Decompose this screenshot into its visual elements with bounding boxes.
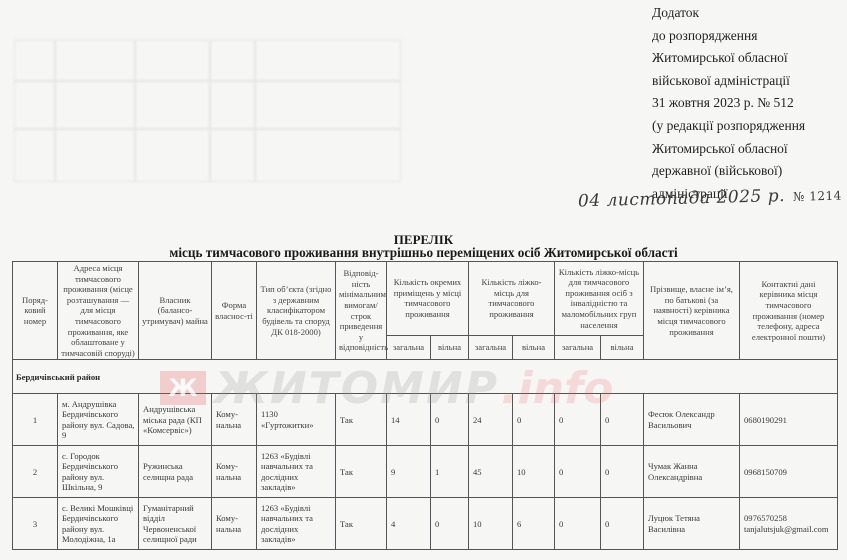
row-number: 3 [13,498,58,550]
appendix-line: військової адміністрації [652,70,847,93]
row-manager: Луцюк Тетяна Василівна [644,498,740,550]
row-contacts: 0680190291 [740,394,838,446]
district-row: Бердичівський район [13,360,838,394]
row-number: 1 [13,394,58,446]
row-beds-free: 10 [513,446,555,498]
row-manager: Чумак Жанна Олександрівна [644,446,740,498]
row-compliance: Так [336,498,387,550]
row-disabled-total: 0 [555,446,601,498]
row-beds-total: 45 [469,446,513,498]
row-contacts: 0968150709 [740,446,838,498]
col-manager-header: Прізвище, власне ім’я, по батькові (за н… [644,262,740,360]
bleed-through-ghost-table [14,40,404,230]
row-rooms-free: 0 [431,394,469,446]
row-owner: Гуманітарний відділ Червоненської селищн… [139,498,212,550]
row-owner: Ружинська селищна рада [139,446,212,498]
row-owner: Андрушівська міська рада (КП «Комсервіс»… [139,394,212,446]
row-rooms-free: 1 [431,446,469,498]
row-disabled-free: 0 [601,394,644,446]
row-compliance: Так [336,394,387,446]
row-object-type: 1263 «Будівлі навчальних та дослідних за… [257,498,336,550]
handwritten-date: 04 листопада 2025 р.№ 1214 [578,185,842,212]
shelter-list-table: Поряд-ковий номер Адреса місця тимчасово… [12,261,838,550]
col-ownership-form-header: Форма власнос-ті [212,262,257,360]
col-beds-disabled-header: Кількість ліжко-місць для тимчасового пр… [555,262,644,336]
table-row: 2 с. Городок Бердичівського району вул. … [13,446,838,498]
rooms-total-header: загальна [387,335,431,359]
col-number-header: Поряд-ковий номер [13,262,58,360]
appendix-line: державної (військової) [652,160,847,183]
beds-free-header: вільна [513,335,555,359]
row-ownership-form: Кому-нальна [212,498,257,550]
appendix-line: Житомирської обласної [652,47,847,70]
col-compliance-header: Відповід-ність мінімальним вимогам/ стро… [336,262,387,360]
row-manager: Фесюк Олександр Васильович [644,394,740,446]
row-disabled-total: 0 [555,498,601,550]
row-object-type: 1263 «Будівлі навчальних та дослідних за… [257,446,336,498]
row-beds-free: 6 [513,498,555,550]
col-contacts-header: Контактні дані керівника місця тимчасово… [740,262,838,360]
row-rooms-free: 0 [431,498,469,550]
col-owner-header: Власник (балансо-утримувач) майна [139,262,212,360]
col-rooms-header: Кількість окремих приміщень у місці тимч… [387,262,469,336]
row-rooms-total: 9 [387,446,431,498]
header-row: Поряд-ковий номер Адреса місця тимчасово… [13,262,838,336]
row-object-type: 1130 «Гуртожитки» [257,394,336,446]
row-beds-total: 10 [469,498,513,550]
rooms-free-header: вільна [431,335,469,359]
row-contacts: 0976570258 tanjalutsjuk@gmail.com [740,498,838,550]
row-compliance: Так [336,446,387,498]
row-rooms-total: 4 [387,498,431,550]
appendix-line: (у редакції розпорядження [652,115,847,138]
row-beds-total: 24 [469,394,513,446]
handwritten-number: № 1214 [793,189,842,204]
handwritten-date-text: 04 листопада 2025 р. [578,186,785,211]
col-object-type-header: Тип об’єкта (згідно з державним класифік… [257,262,336,360]
col-beds-header: Кількість ліжко-місць для тимчасового пр… [469,262,555,336]
disabled-free-header: вільна [601,335,644,359]
row-disabled-free: 0 [601,498,644,550]
table-row: 3 с. Великі Мошківці Бердичівського райо… [13,498,838,550]
row-number: 2 [13,446,58,498]
row-disabled-total: 0 [555,394,601,446]
beds-total-header: загальна [469,335,513,359]
row-ownership-form: Кому-нальна [212,446,257,498]
appendix-line: 31 жовтня 2023 р. № 512 [652,92,847,115]
appendix-header: Додаток до розпорядження Житомирської об… [652,2,847,205]
appendix-line: до розпорядження [652,25,847,48]
appendix-line: Житомирської обласної [652,138,847,161]
row-disabled-free: 0 [601,446,644,498]
table-row: 1 м. Андрушівка Бердичівського району ву… [13,394,838,446]
appendix-line: Додаток [652,2,847,25]
district-name: Бердичівський район [13,360,838,394]
row-address: с. Великі Мошківці Бердичівського району… [58,498,139,550]
row-rooms-total: 14 [387,394,431,446]
row-beds-free: 0 [513,394,555,446]
row-ownership-form: Кому-нальна [212,394,257,446]
row-address: с. Городок Бердичівського району вул. Шк… [58,446,139,498]
row-address: м. Андрушівка Бердичівського району вул.… [58,394,139,446]
disabled-total-header: загальна [555,335,601,359]
col-address-header: Адреса місця тимчасового проживання (міс… [58,262,139,360]
document-subtitle: місць тимчасового проживання внутрішньо … [0,245,847,261]
